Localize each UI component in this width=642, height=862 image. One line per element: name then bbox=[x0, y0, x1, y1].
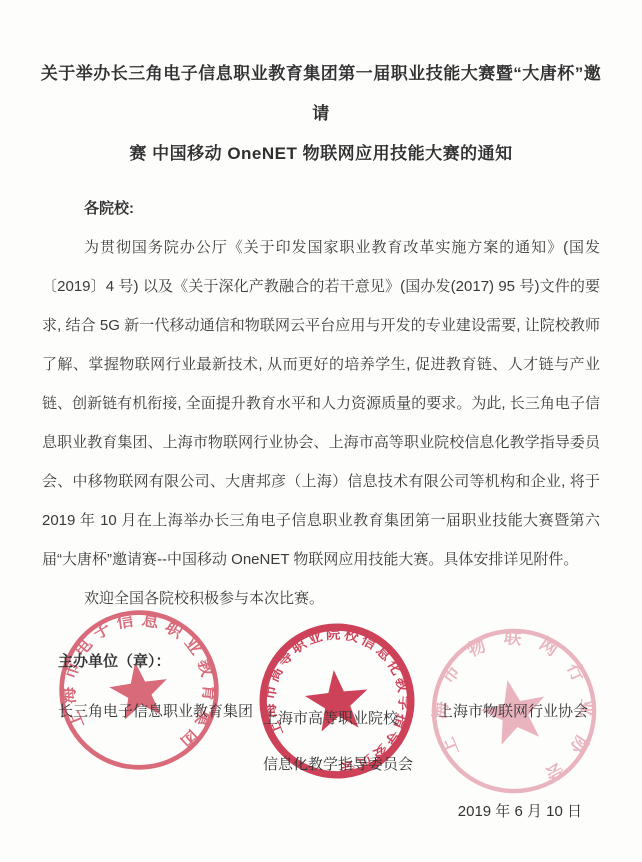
document-page: 关于举办长三角电子信息职业教育集团第一届职业技能大赛暨“大唐杯”邀请 赛 中国移… bbox=[0, 0, 642, 862]
host-org-wulianwang-xiehui: 上海市物联网行业协会 bbox=[438, 700, 588, 721]
document-title: 关于举办长三角电子信息职业教育集团第一届职业技能大赛暨“大唐杯”邀请 赛 中国移… bbox=[38, 54, 604, 174]
document-body: 各院校: 为贯彻国务院办公厅《关于印发国家职业教育改革实施方案的通知》(国发〔2… bbox=[42, 189, 600, 618]
document-date: 2019 年 6 月 10 日 bbox=[0, 800, 582, 821]
host-org-jiaoxue-weiyuanhui: 上海市高等职业院校 信息化教学指导委员会 bbox=[263, 696, 413, 788]
title-line-1: 关于举办长三角电子信息职业教育集团第一届职业技能大赛暨“大唐杯”邀请 bbox=[38, 54, 604, 134]
host-org-line-1: 上海市高等职业院校 bbox=[263, 696, 413, 742]
seal-stamp-changsanjiao: 上海市电子信息职业教育集团 bbox=[43, 593, 235, 787]
host-org-changsanjiao: 长三角电子信息职业教育集团 bbox=[58, 700, 253, 721]
salutation: 各院校: bbox=[42, 189, 600, 228]
host-section-label: 主办单位（章）： bbox=[58, 650, 171, 671]
paragraph-main: 为贯彻国务院办公厅《关于印发国家职业教育改革实施方案的通知》(国发〔2019〕4… bbox=[42, 228, 600, 579]
host-org-line-2: 信息化教学指导委员会 bbox=[263, 742, 413, 788]
title-line-2: 赛 中国移动 OneNET 物联网应用技能大赛的通知 bbox=[38, 134, 604, 174]
